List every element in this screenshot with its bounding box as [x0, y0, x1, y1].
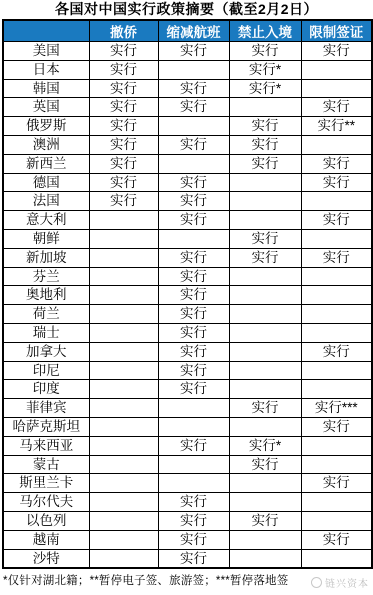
table-row: 日本实行实行*: [3, 60, 372, 79]
policy-cell: [89, 493, 158, 512]
policy-cell: [89, 511, 158, 530]
country-cell: 加拿大: [3, 342, 89, 361]
policy-cell: [89, 436, 158, 455]
page-title: 各国对中国实行政策摘要（截至2月2日）: [0, 0, 373, 18]
policy-cell: 实行: [158, 530, 229, 549]
policy-cell: 实行: [229, 229, 301, 248]
policy-cell: 实行: [158, 342, 229, 361]
policy-cell: 实行: [158, 192, 229, 211]
policy-cell: 实行: [229, 399, 301, 418]
policy-cell: [229, 267, 301, 286]
table-row: 奥地利实行: [3, 286, 372, 305]
policy-cell: 实行: [158, 211, 229, 230]
policy-cell: 实行: [158, 267, 229, 286]
policy-cell: 实行: [158, 79, 229, 98]
policy-cell: 实行: [229, 135, 301, 154]
policy-cell: 实行: [158, 305, 229, 324]
country-cell: 马来西亚: [3, 436, 89, 455]
policy-cell: 实行**: [301, 117, 372, 136]
policy-cell: [229, 286, 301, 305]
policy-cell: [89, 248, 158, 267]
policy-cell: [229, 173, 301, 192]
policy-cell: [89, 361, 158, 380]
policy-cell: 实行: [229, 117, 301, 136]
policy-cell: [301, 493, 372, 512]
policy-cell: 实行: [158, 135, 229, 154]
policy-cell: [158, 117, 229, 136]
policy-cell: [301, 511, 372, 530]
policy-cell: [301, 79, 372, 98]
policy-cell: [158, 60, 229, 79]
country-cell: 意大利: [3, 211, 89, 230]
policy-cell: [229, 323, 301, 342]
policy-cell: [229, 192, 301, 211]
table-row: 蒙古实行: [3, 455, 372, 474]
country-cell: 沙特: [3, 549, 89, 568]
table-row: 马来西亚实行实行*: [3, 436, 372, 455]
country-cell: 马尔代夫: [3, 493, 89, 512]
table-row: 沙特实行: [3, 549, 372, 568]
policy-cell: [301, 135, 372, 154]
table-row: 荷兰实行: [3, 305, 372, 324]
column-header: 缩减航班: [158, 20, 229, 42]
policy-cell: 实行: [89, 117, 158, 136]
policy-cell: [89, 474, 158, 493]
policy-cell: [229, 549, 301, 568]
country-cell: 以色列: [3, 511, 89, 530]
policy-cell: 实行: [158, 286, 229, 305]
policy-cell: [158, 474, 229, 493]
table-row: 美国实行实行实行实行: [3, 42, 372, 61]
footnote: *仅针对湖北籍；**暂停电子签、旅游签；***暂停落地签: [3, 572, 373, 588]
column-header: 撤侨: [89, 20, 158, 42]
policy-cell: [89, 549, 158, 568]
policy-cell: 实行: [158, 493, 229, 512]
policy-cell: [301, 323, 372, 342]
policy-cell: [89, 229, 158, 248]
country-cell: 美国: [3, 42, 89, 61]
policy-cell: [229, 417, 301, 436]
country-cell: 荷兰: [3, 305, 89, 324]
policy-cell: [301, 286, 372, 305]
policy-cell: 实行: [89, 192, 158, 211]
policy-cell: [301, 361, 372, 380]
policy-cell: 实行*: [229, 436, 301, 455]
table-row: 越南实行实行: [3, 530, 372, 549]
policy-cell: 实行: [229, 511, 301, 530]
country-cell: 英国: [3, 98, 89, 117]
policy-cell: 实行: [301, 42, 372, 61]
policy-cell: 实行: [301, 342, 372, 361]
policy-cell: 实行: [158, 98, 229, 117]
policy-cell: [158, 154, 229, 173]
policy-cell: [229, 361, 301, 380]
policy-cell: 实行: [89, 98, 158, 117]
policy-cell: [229, 380, 301, 399]
policy-cell: [229, 530, 301, 549]
policy-cell: [89, 305, 158, 324]
table-row: 加拿大实行实行: [3, 342, 372, 361]
country-cell: 斯里兰卡: [3, 474, 89, 493]
policy-cell: [301, 267, 372, 286]
policy-cell: [158, 399, 229, 418]
policy-cell: 实行: [229, 154, 301, 173]
table-row: 英国实行实行实行: [3, 98, 372, 117]
policy-cell: [89, 455, 158, 474]
policy-cell: 实行: [89, 42, 158, 61]
policy-cell: [301, 380, 372, 399]
policy-cell: [89, 342, 158, 361]
policy-cell: 实行: [158, 323, 229, 342]
country-cell: 蒙古: [3, 455, 89, 474]
table-row: 芬兰实行: [3, 267, 372, 286]
column-header: [3, 20, 89, 42]
country-cell: 菲律宾: [3, 399, 89, 418]
policy-cell: 实行: [89, 154, 158, 173]
column-header: 限制签证: [301, 20, 372, 42]
table-row: 朝鲜实行: [3, 229, 372, 248]
table-row: 俄罗斯实行实行实行**: [3, 117, 372, 136]
table-row: 印度实行: [3, 380, 372, 399]
policy-cell: [158, 229, 229, 248]
policy-cell: 实行: [158, 173, 229, 192]
policy-cell: 实行***: [301, 399, 372, 418]
country-cell: 澳洲: [3, 135, 89, 154]
table-row: 法国实行实行: [3, 192, 372, 211]
policy-cell: 实行: [158, 361, 229, 380]
policy-cell: 实行: [301, 211, 372, 230]
policy-cell: [229, 474, 301, 493]
country-cell: 新西兰: [3, 154, 89, 173]
table-row: 德国实行实行实行: [3, 173, 372, 192]
policy-cell: 实行: [158, 511, 229, 530]
policy-cell: 实行*: [229, 79, 301, 98]
country-cell: 新加坡: [3, 248, 89, 267]
header-row: 撤侨缩减航班禁止入境限制签证: [3, 20, 372, 42]
policy-cell: 实行: [301, 474, 372, 493]
country-cell: 朝鲜: [3, 229, 89, 248]
policy-cell: 实行: [301, 530, 372, 549]
policy-cell: 实行: [301, 98, 372, 117]
table-row: 新西兰实行实行实行: [3, 154, 372, 173]
country-cell: 印度: [3, 380, 89, 399]
policy-cell: [89, 417, 158, 436]
policy-cell: 实行: [158, 436, 229, 455]
policy-cell: [89, 211, 158, 230]
table-row: 澳洲实行实行实行: [3, 135, 372, 154]
policy-cell: [89, 399, 158, 418]
country-cell: 日本: [3, 60, 89, 79]
policy-cell: [229, 305, 301, 324]
policy-cell: [229, 211, 301, 230]
policy-cell: [158, 455, 229, 474]
policy-cell: 实行: [301, 417, 372, 436]
policy-cell: 实行: [301, 248, 372, 267]
table-row: 哈萨克斯坦实行: [3, 417, 372, 436]
table-row: 意大利实行实行: [3, 211, 372, 230]
policy-cell: [158, 417, 229, 436]
table-row: 斯里兰卡实行: [3, 474, 372, 493]
policy-cell: 实行: [89, 60, 158, 79]
country-cell: 印尼: [3, 361, 89, 380]
policy-cell: [301, 305, 372, 324]
policy-cell: [301, 192, 372, 211]
policy-cell: 实行: [158, 380, 229, 399]
policy-cell: [301, 436, 372, 455]
policy-table: 撤侨缩减航班禁止入境限制签证 美国实行实行实行实行日本实行实行*韩国实行实行实行…: [2, 19, 373, 569]
policy-cell: [301, 455, 372, 474]
policy-cell: 实行: [158, 42, 229, 61]
policy-cell: 实行*: [229, 60, 301, 79]
policy-cell: 实行: [89, 135, 158, 154]
policy-cell: [301, 60, 372, 79]
policy-cell: [229, 493, 301, 512]
table-row: 瑞士实行: [3, 323, 372, 342]
policy-cell: [229, 98, 301, 117]
country-cell: 俄罗斯: [3, 117, 89, 136]
country-cell: 瑞士: [3, 323, 89, 342]
column-header: 禁止入境: [229, 20, 301, 42]
table-row: 马尔代夫实行: [3, 493, 372, 512]
policy-cell: 实行: [89, 173, 158, 192]
policy-cell: 实行: [158, 549, 229, 568]
table-row: 以色列实行实行: [3, 511, 372, 530]
policy-cell: 实行: [89, 79, 158, 98]
policy-cell: [89, 267, 158, 286]
policy-cell: [229, 342, 301, 361]
country-cell: 哈萨克斯坦: [3, 417, 89, 436]
policy-cell: 实行: [158, 248, 229, 267]
table-body: 美国实行实行实行实行日本实行实行*韩国实行实行实行*英国实行实行实行俄罗斯实行实…: [3, 42, 372, 569]
policy-cell: [89, 530, 158, 549]
country-cell: 法国: [3, 192, 89, 211]
country-cell: 德国: [3, 173, 89, 192]
policy-cell: [89, 286, 158, 305]
table-row: 菲律宾实行实行***: [3, 399, 372, 418]
policy-cell: 实行: [229, 455, 301, 474]
policy-cell: 实行: [301, 173, 372, 192]
country-cell: 韩国: [3, 79, 89, 98]
policy-cell: [89, 380, 158, 399]
table-row: 韩国实行实行实行*: [3, 79, 372, 98]
table-row: 新加坡实行实行实行: [3, 248, 372, 267]
policy-cell: 实行: [229, 42, 301, 61]
policy-cell: 实行: [301, 154, 372, 173]
country-cell: 奥地利: [3, 286, 89, 305]
policy-cell: 实行: [229, 248, 301, 267]
policy-cell: [89, 323, 158, 342]
table-row: 印尼实行: [3, 361, 372, 380]
country-cell: 越南: [3, 530, 89, 549]
policy-cell: [301, 229, 372, 248]
policy-cell: [301, 549, 372, 568]
country-cell: 芬兰: [3, 267, 89, 286]
